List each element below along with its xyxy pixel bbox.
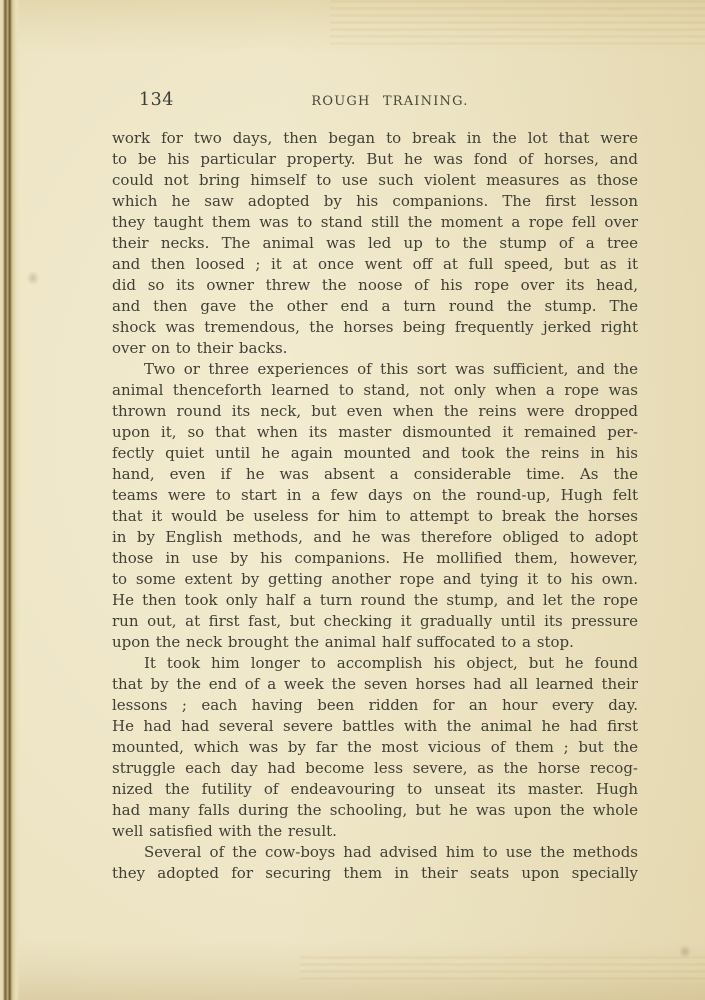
paragraph: It took him longer to accomplish his obj… xyxy=(112,653,638,842)
text-line: fectly quiet until he again mounted and … xyxy=(112,443,638,464)
paragraph: work for two days, then began to break i… xyxy=(112,128,638,359)
book-page-scan: 134 ROUGH TRAINING. work for two days, t… xyxy=(0,0,705,1000)
text-line: well satisfied with the result. xyxy=(112,821,638,842)
text-line: run out, at first fast, but checking it … xyxy=(112,611,638,632)
paper-smudge xyxy=(676,942,694,961)
text-line: He had had several severe battles with t… xyxy=(112,716,638,737)
text-line: those in use by his companions. He molli… xyxy=(112,548,638,569)
text-line: to be his particular property. But he wa… xyxy=(112,149,638,170)
paragraph: Several of the cow-boys had advised him … xyxy=(112,842,638,884)
text-line: they taught them was to stand still the … xyxy=(112,212,638,233)
text-line: struggle each day had become less severe… xyxy=(112,758,638,779)
text-line: and then loosed ; it at once went off at… xyxy=(112,254,638,275)
text-line: mounted, which was by far the most vicio… xyxy=(112,737,638,758)
scan-streaks-top xyxy=(330,0,705,46)
text-line: work for two days, then began to break i… xyxy=(112,128,638,149)
text-line: thrown round its neck, but even when the… xyxy=(112,401,638,422)
text-line: over on to their backs. xyxy=(112,338,638,359)
text-line: they adopted for securing them in their … xyxy=(112,863,638,884)
text-line: teams were to start in a few days on the… xyxy=(112,485,638,506)
text-line: upon the neck brought the animal half su… xyxy=(112,632,638,653)
page-body: work for two days, then began to break i… xyxy=(112,128,638,884)
text-line: in by English methods, and he was theref… xyxy=(112,527,638,548)
running-title: ROUGH TRAINING. xyxy=(112,94,638,109)
text-line: which he saw adopted by his companions. … xyxy=(112,191,638,212)
text-line: their necks. The animal was led up to th… xyxy=(112,233,638,254)
text-line: animal thenceforth learned to stand, not… xyxy=(112,380,638,401)
text-line: to some extent by getting another rope a… xyxy=(112,569,638,590)
text-line: Two or three experiences of this sort wa… xyxy=(112,359,638,380)
text-line: that by the end of a week the seven hors… xyxy=(112,674,638,695)
text-line: Several of the cow-boys had advised him … xyxy=(112,842,638,863)
text-line: nized the futility of endeavouring to un… xyxy=(112,779,638,800)
text-line: that it would be useless for him to atte… xyxy=(112,506,638,527)
text-line: hand, even if he was absent a considerab… xyxy=(112,464,638,485)
text-line: It took him longer to accomplish his obj… xyxy=(112,653,638,674)
paragraph: Two or three experiences of this sort wa… xyxy=(112,359,638,653)
text-line: and then gave the other end a turn round… xyxy=(112,296,638,317)
text-line: had many falls during the schooling, but… xyxy=(112,800,638,821)
text-line: upon it, so that when its master dismoun… xyxy=(112,422,638,443)
text-line: He then took only half a turn round the … xyxy=(112,590,638,611)
paper-smudge xyxy=(24,268,42,288)
text-line: shock was tremendous, the horses being f… xyxy=(112,317,638,338)
text-line: could not bring himself to use such viol… xyxy=(112,170,638,191)
book-binding-gutter xyxy=(0,0,20,1000)
text-line: did so its owner threw the noose of his … xyxy=(112,275,638,296)
text-line: lessons ; each having been ridden for an… xyxy=(112,695,638,716)
page-header: 134 ROUGH TRAINING. xyxy=(0,90,705,114)
scan-streaks-bottom xyxy=(300,956,705,982)
